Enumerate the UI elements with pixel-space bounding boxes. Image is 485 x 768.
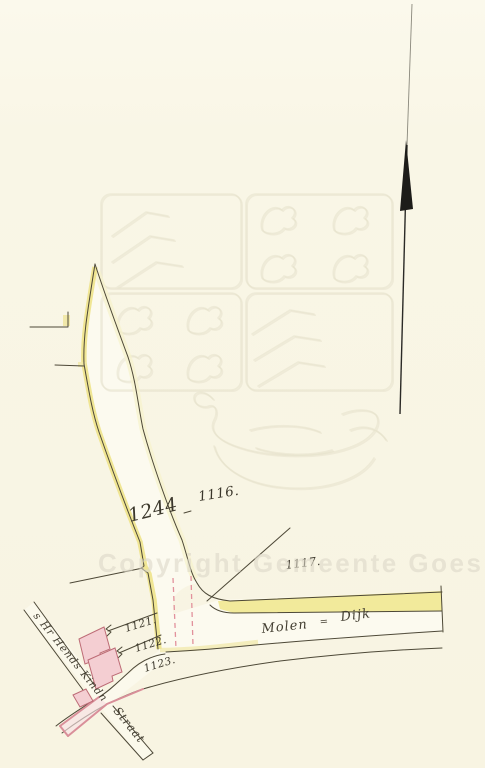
map-canvas: 1244 1116. 1117. 1121. 1122. 1123. Molen… (0, 0, 485, 768)
north-arrow-shaft-upper (407, 4, 412, 145)
street-label-molen-separator: = (319, 616, 329, 628)
small-tick-mark (184, 511, 191, 513)
north-arrow-head (400, 140, 413, 211)
corner-yellow-mark (63, 315, 70, 326)
map-drawing: 1244 1116. 1117. 1121. 1122. 1123. Molen… (0, 0, 485, 768)
molen-dijk-yellow-band (218, 591, 442, 613)
boundary-corner-segment (30, 312, 68, 327)
north-arrow-icon (400, 4, 413, 414)
street-sw-edge-upper (24, 610, 83, 690)
shield-quarter-2 (246, 194, 392, 288)
parcel-label-1116: 1116. (197, 483, 240, 505)
parcel-label-1121: 1121. (123, 614, 158, 635)
watermark-copyright-text: Copyright Gemeente Goes (98, 548, 483, 578)
